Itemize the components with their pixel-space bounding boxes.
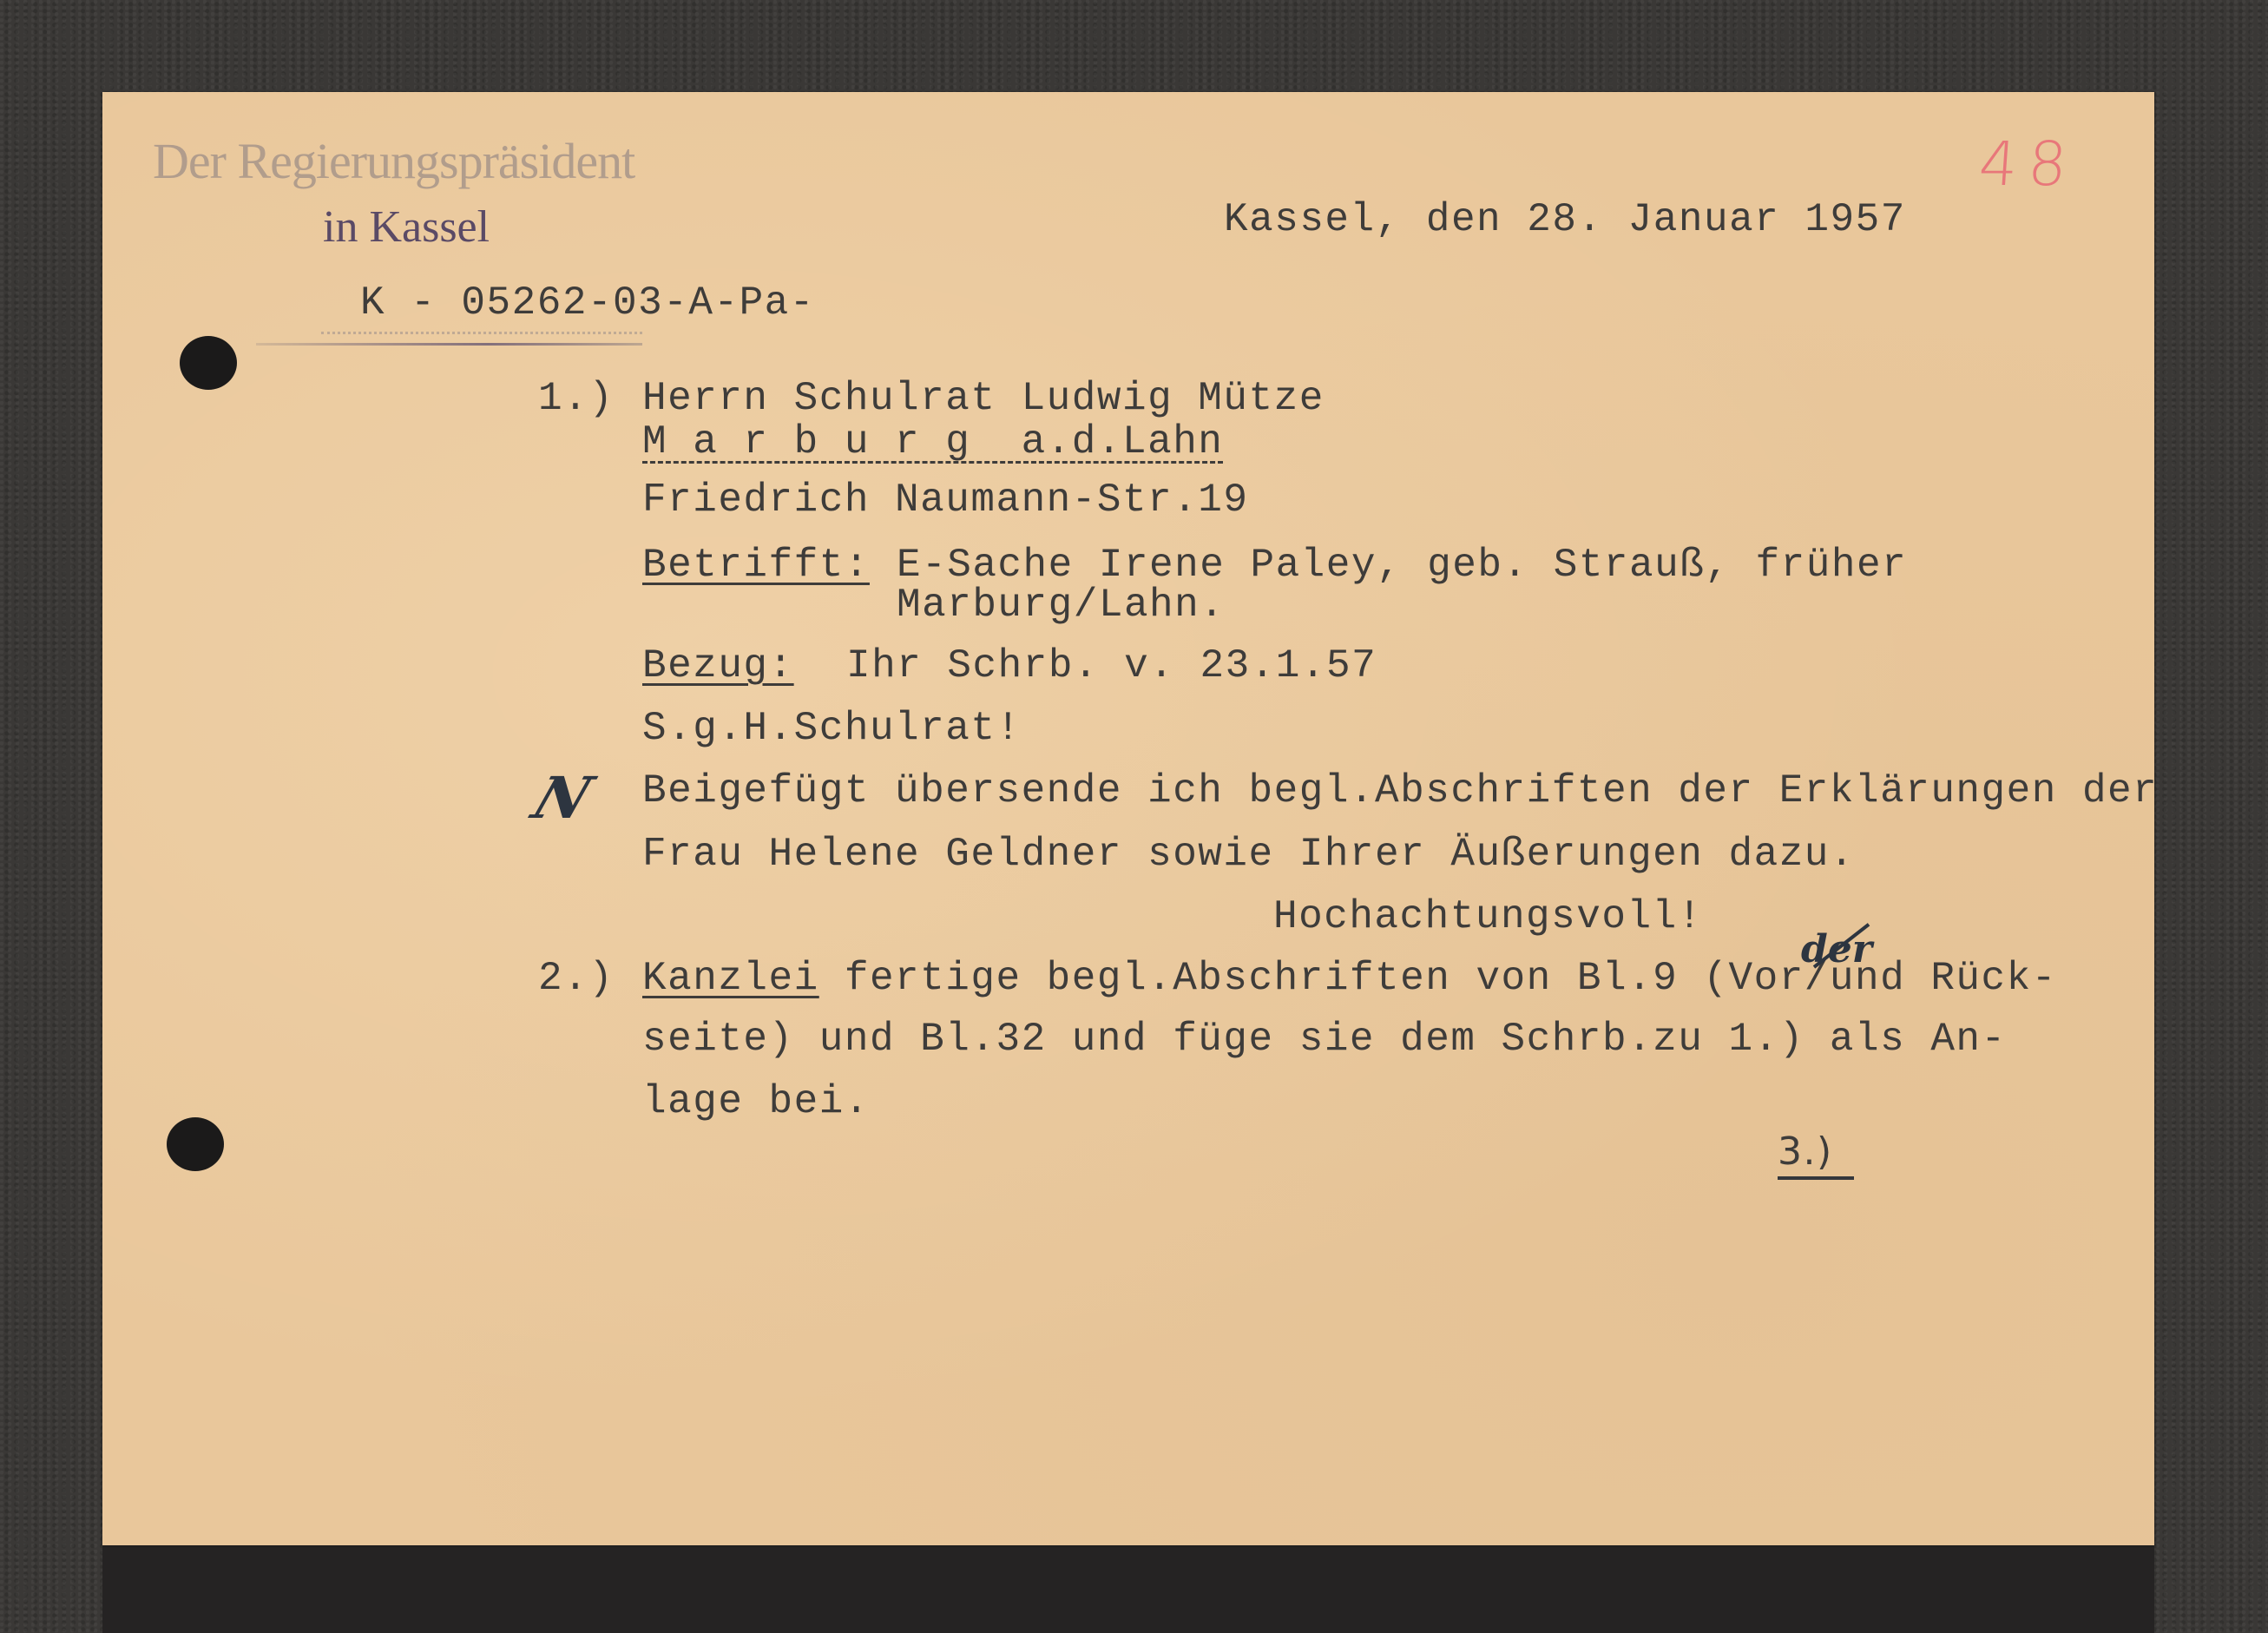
lower-backing-band bbox=[102, 1545, 2154, 1633]
recipient-street: Friedrich Naumann-Str.19 bbox=[642, 480, 1249, 520]
recipient-city: M a r b u r g a.d.Lahn bbox=[642, 422, 1223, 462]
salutation: S.g.H.Schulrat! bbox=[642, 708, 1022, 748]
punch-hole-bottom bbox=[167, 1117, 224, 1171]
folio-number-mark: 48 bbox=[1976, 128, 2080, 200]
subject-text-line-2: Marburg/Lahn. bbox=[897, 585, 1225, 625]
stamp-rule-line bbox=[256, 343, 642, 346]
file-reference: K - 05262-03-A-Pa- bbox=[360, 283, 815, 323]
body-line-1: Beigefügt übersende ich begl.Abschriften… bbox=[642, 771, 2158, 811]
stamp-authority: Der Regierungspräsident bbox=[153, 132, 634, 190]
body-line-2: Frau Helene Geldner sowie Ihrer Äußerung… bbox=[642, 834, 1855, 874]
section-2-line-2: seite) und Bl.32 und füge sie dem Schrb.… bbox=[642, 1019, 2007, 1059]
section-2-number: 2.) bbox=[538, 958, 614, 998]
closing: Hochachtungsvoll! bbox=[1273, 897, 1703, 937]
stamp-city: in Kassel bbox=[323, 201, 490, 253]
kanzlei-label: Kanzlei bbox=[642, 956, 819, 1001]
stamp-dotted-line bbox=[321, 332, 642, 334]
subject-label: Betrifft: bbox=[642, 545, 870, 585]
punch-hole-top bbox=[180, 336, 237, 390]
subject-text-line-1: E-Sache Irene Paley, geb. Strauß, früher bbox=[897, 545, 1907, 585]
section-3-underline bbox=[1778, 1176, 1854, 1180]
recipient-name: Herrn Schulrat Ludwig Mütze bbox=[642, 379, 1325, 418]
date-line: Kassel, den 28. Januar 1957 bbox=[1224, 200, 1906, 240]
section-2-line-3: lage bei. bbox=[642, 1082, 870, 1122]
section-1-number: 1.) bbox=[538, 379, 614, 418]
section-3-number: 3.) bbox=[1778, 1133, 1833, 1171]
reference-text: Ihr Schrb. v. 23.1.57 bbox=[846, 646, 1377, 686]
reference-label: Bezug: bbox=[642, 646, 794, 686]
